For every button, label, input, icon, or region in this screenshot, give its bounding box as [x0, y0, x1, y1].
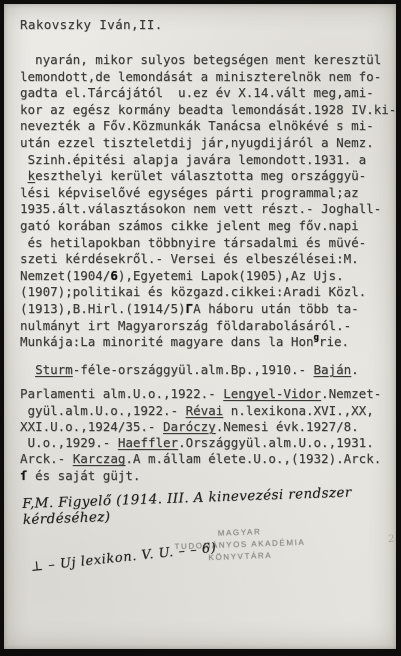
typed-line: lemondott,de lemondását a miniszterelnök… — [20, 69, 396, 86]
typed-text: rie. — [319, 334, 349, 349]
typed-line: Nemzet(1904/6),Egyetemi Lapok(1905),Az U… — [20, 268, 396, 285]
typed-text: Révai — [186, 403, 224, 418]
typed-text: Nemzet(1904/ — [20, 268, 110, 283]
typed-text: 1935.ált.választásokon nem vett részt.- … — [20, 201, 381, 216]
typed-text: Szinh.épitési alapja javára lemondott.19… — [20, 152, 366, 167]
typed-text: lemondott,de lemondását a miniszterelnök… — [20, 69, 381, 84]
typed-text: kor az egész kormány beadta lemondását.1… — [20, 102, 396, 117]
typed-line: Szinh.épitési alapja javára lemondott.19… — [20, 152, 396, 169]
typed-text: .Nemzet- — [321, 386, 381, 401]
typed-line: 1935.ált.választásokon nem vett részt.- … — [20, 201, 396, 218]
typed-line: szeti kérdésekről.- Versei és elbeszélés… — [20, 251, 396, 268]
typed-line: U.o.,1929.- Haeffler.Országgyül.alm.U.o.… — [20, 435, 381, 451]
typed-text: és saját güjt. — [28, 468, 141, 483]
typed-text: gadta el.Tárcájától u.ez év X.14.vált me… — [20, 85, 374, 100]
typed-text: nyarán, mikor sulyos betegségen ment ker… — [20, 52, 381, 67]
typed-text: ),Egyetemi Lapok(1905),Az Ujs. — [118, 268, 344, 283]
typed-text: eszthelyi kerület választotta meg ország… — [35, 168, 366, 183]
typed-text: -féle-országgyül.alm.Bp.,1910.- — [73, 362, 314, 377]
typed-line: Munkája:La minorité magyare dans la Hong… — [20, 334, 396, 351]
typed-line: keszthelyi kerület választotta meg orszá… — [20, 168, 396, 185]
faint-page-mark: 2 — [388, 534, 394, 545]
scanned-document: Rakovszky Iván,II. nyarán, mikor sulyos … — [0, 0, 401, 656]
document-title: Rakovszky Iván,II. — [20, 17, 163, 32]
paper-sheet: Rakovszky Iván,II. nyarán, mikor sulyos … — [4, 4, 396, 649]
typed-text: k — [28, 168, 36, 183]
typed-text: (1913),B.Hirl.(1914/5) — [20, 301, 186, 316]
typed-text: nevezték a Főv.Közmunkák Tanácsa elnökév… — [20, 118, 374, 133]
typed-text: gató korában számos cikke jelent meg főv… — [20, 218, 359, 233]
pen-mark: g — [314, 333, 319, 343]
typed-text: lési képviselővé egységes párti programm… — [20, 185, 359, 200]
pen-mark: 6 — [110, 268, 118, 283]
typed-line: gyül.alm.U.o.,1922.- Révai n.lexikona.XV… — [20, 403, 381, 419]
typed-line: ſ és saját güjt. — [20, 468, 381, 484]
typed-text: n.lexikona.XVI.,XX, — [223, 403, 374, 418]
typed-text — [20, 362, 35, 377]
typed-line: lési képviselővé egységes párti programm… — [20, 185, 396, 202]
typed-text: Arck.- — [20, 451, 73, 466]
typed-text: (1907);politikai és közgazd.cikkei:Aradi… — [20, 284, 366, 299]
typed-text: és hetilapokban többnyire társadalmi és … — [20, 235, 366, 250]
typed-line: és hetilapokban többnyire társadalmi és … — [20, 235, 396, 252]
typed-text: Daróczy — [163, 419, 216, 434]
typed-text: után ezzel tiszteletdij jár,nyugdijáról … — [20, 135, 374, 150]
typed-line: nulmányt irt Magyarország földarabolásár… — [20, 318, 396, 335]
typed-text: . — [351, 362, 359, 377]
typed-text: Baján — [314, 362, 352, 377]
typed-text: nulmányt irt Magyarország földarabolásár… — [20, 318, 351, 333]
typed-text — [20, 168, 28, 183]
typed-text: Parlamenti alm.U.o.,1922.- — [20, 386, 223, 401]
typed-text: Karczag — [73, 451, 126, 466]
typed-text: Sturm — [35, 362, 73, 377]
typed-line: (1907);politikai és közgazd.cikkei:Aradi… — [20, 284, 396, 301]
typed-text: .Országgyül.alm.U.o.,1931. — [178, 435, 374, 450]
typed-line: gató korában számos cikke jelent meg főv… — [20, 218, 396, 235]
typed-text: .Nemesi évk.1927/8. — [216, 419, 359, 434]
typed-line: Arck.- Karczag.A m.állam élete.U.o.,(193… — [20, 451, 381, 467]
typed-line: után ezzel tiszteletdij jár,nyugdijáról … — [20, 135, 396, 152]
typed-line: Sturm-féle-országgyül.alm.Bp.,1910.- Baj… — [20, 362, 381, 378]
typed-line: gadta el.Tárcájától u.ez év X.14.vált me… — [20, 85, 396, 102]
typed-text: Munkája:La minorité magyare dans la Hon — [20, 334, 314, 349]
pen-mark: ſ — [20, 468, 28, 483]
biography-paragraph: nyarán, mikor sulyos betegségen ment ker… — [20, 52, 396, 351]
typed-text: Lengyel-Vidor — [223, 386, 321, 401]
typed-line: Parlamenti alm.U.o.,1922.- Lengyel-Vidor… — [20, 386, 381, 402]
handwritten-note-top: F,M. Figyelő (1914. III. A kinevezési re… — [22, 483, 389, 528]
typed-line: nevezték a Főv.Közmunkák Tanácsa elnökév… — [20, 118, 396, 135]
typed-text: U.o.,1929.- — [20, 435, 118, 450]
typed-line: nyarán, mikor sulyos betegségen ment ker… — [20, 52, 396, 69]
typed-text: A háboru után több ta- — [193, 301, 359, 316]
typed-text: szeti kérdésekről.- Versei és elbeszélés… — [20, 251, 359, 266]
typed-line: kor az egész kormány beadta lemondását.1… — [20, 102, 396, 119]
bibliography-section: Sturm-féle-országgyül.alm.Bp.,1910.- Baj… — [20, 362, 381, 484]
typed-line: XXI.U.o.,1924/35.- Daróczy.Nemesi évk.19… — [20, 419, 381, 435]
typed-text: .A m.állam élete.U.o.,(1932).Arck. — [125, 451, 381, 466]
typed-text: Haeffler — [118, 435, 178, 450]
typed-line: (1913),B.Hirl.(1914/5)ΓA háboru után töb… — [20, 301, 396, 318]
pen-mark: Γ — [186, 301, 194, 316]
typed-text: XXI.U.o.,1924/35.- — [20, 419, 163, 434]
typed-text: gyül.alm.U.o.,1922.- — [20, 403, 186, 418]
